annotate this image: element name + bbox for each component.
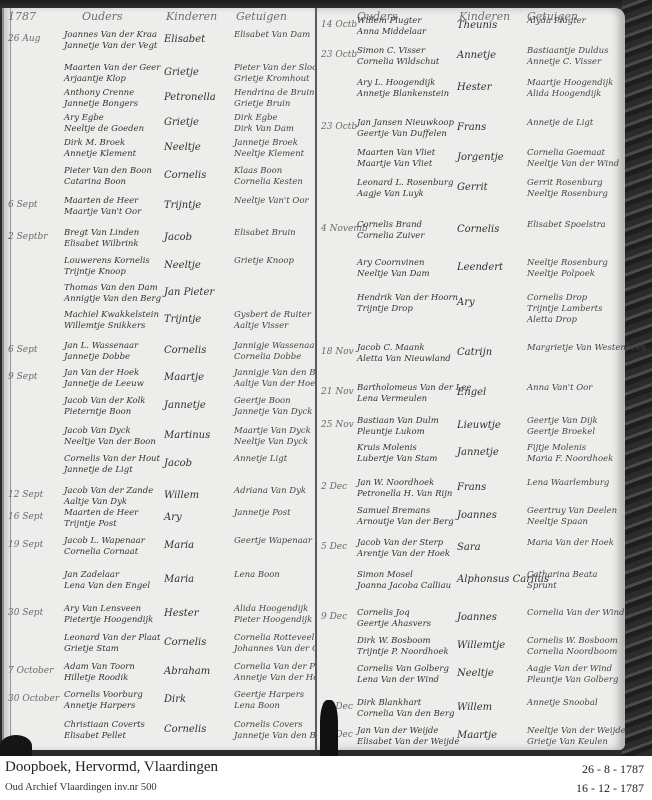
parent-name: Machiel Kwakkelstein <box>64 310 159 321</box>
parent-name: Willem Plugter <box>357 16 426 27</box>
entry-witnesses: Elisabet Van Dam <box>234 30 310 41</box>
parent-name: Simon Mosel <box>357 570 451 581</box>
child-name: Grietje <box>164 67 199 78</box>
entry-parents: Hendrik Van der HoornTrijntje Drop <box>357 293 458 315</box>
baptism-entry: 26 AugJoannes Van der KraaJannetje Van d… <box>4 30 315 60</box>
date-start: 26 - 8 - 1787 <box>582 762 644 777</box>
entry-witnesses: Geertje Van DijkGeertje Broekel <box>527 416 598 438</box>
baptism-entry: 6 SeptMaarten de HeerMaartje Van't OorTr… <box>4 196 315 226</box>
witness-name: Neeltje Polpoek <box>527 269 608 280</box>
parent-name: Bregt Van Linden <box>64 228 139 239</box>
parent-name: Pietertje Hoogendijk <box>64 615 153 626</box>
entry-parents: Kruis MolenisLubertje Van Stam <box>357 443 437 465</box>
parent-name: Elisabet Pellet <box>64 731 145 742</box>
witness-name: Annetje Snoobal <box>527 698 598 709</box>
parent-name: Maarten Van der Geer <box>64 63 160 74</box>
parent-name: Maarten de Heer <box>64 508 138 519</box>
baptism-entry: Ary CoornvinenNeeltje Van DamLeendertNee… <box>317 258 625 288</box>
entry-date: 9 Sept <box>8 372 37 382</box>
baptism-entry: Simon MoselJoanna Jacoba CalliauAlphonsu… <box>317 570 625 600</box>
witness-name: Alida Hoogendijk <box>527 89 613 100</box>
witness-name: Pieter Hoogendijk <box>234 615 312 626</box>
child-name: Ary <box>164 512 182 523</box>
witness-name: Fijtje Molenis <box>527 443 613 454</box>
witness-name: Neeltje Van der Wind <box>527 159 619 170</box>
baptism-entry: Jan ZadelaarLena Van den EngelMariaLena … <box>4 570 315 600</box>
parent-name: Cornelis Van der Hout <box>64 454 160 465</box>
header-witnesses: Getuigen <box>236 10 287 23</box>
child-name: Willem <box>457 702 492 713</box>
baptism-entry: 16 DecJan Van der WeijdeElisabet Van der… <box>317 726 625 756</box>
baptism-entry: Dirk W. BosboomTrijntje P. NoordhoekWill… <box>317 636 625 666</box>
parent-name: Cornelis Van Golberg <box>357 664 449 675</box>
child-name: Maria <box>164 574 194 585</box>
entry-parents: Thomas Van den DamAnnigtje Van den Berg <box>64 283 161 305</box>
entry-witnesses: Pieter Van der SloosGrietje Kromhout <box>234 63 322 85</box>
entry-witnesses: Cornelia Van der Wind <box>527 608 624 619</box>
entry-parents: Ary CoornvinenNeeltje Van Dam <box>357 258 430 280</box>
child-name: Cornelis <box>457 224 499 235</box>
entry-witnesses: Maartje HoogendijkAlida Hoogendijk <box>527 78 613 100</box>
parent-name: Jan Jansen Nieuwkoop <box>357 118 454 129</box>
entry-parents: Jan Van der HoekJannetje de Leeuw <box>64 368 144 390</box>
entry-witnesses: Gysbert de RuiterAaltje Visser <box>234 310 311 332</box>
entry-witnesses: Adriana Van Dyk <box>234 486 306 497</box>
parent-name: Elisabet Wilbrink <box>64 239 139 250</box>
entry-witnesses: Gerrit RosenburgNeeltje Rosenburg <box>527 178 608 200</box>
entry-parents: Cornelis BrandCornelia Zuiver <box>357 220 424 242</box>
entry-parents: Jan Jansen NieuwkoopGeertje Van Duffelen <box>357 118 454 140</box>
parent-name: Simon C. Visser <box>357 46 439 57</box>
child-name: Hester <box>457 82 492 93</box>
parent-name: Jacob L. Wapenaar <box>64 536 145 547</box>
witness-name: Maartje Hoogendijk <box>527 78 613 89</box>
child-name: Martinus <box>164 430 210 441</box>
parent-name: Joanna Jacoba Calliau <box>357 581 451 592</box>
parent-name: Dirk W. Bosboom <box>357 636 449 647</box>
entry-witnesses: Lena Waarlemburg <box>527 478 609 489</box>
entry-witnesses: Neeltje Van der WeijdeGrietje Van Keulen <box>527 726 626 748</box>
baptism-entry: 18 NovJacob C. MaankAletta Van Nieuwland… <box>317 343 625 373</box>
entry-witnesses: Elisabet Spoelstra <box>527 220 606 231</box>
witness-name: Lena Boon <box>234 701 304 712</box>
parent-name: Jan Van der Hoek <box>64 368 144 379</box>
child-name: Jan Pieter <box>164 287 214 298</box>
witness-name: Annetje Ligt <box>234 454 287 465</box>
entry-date: 6 Sept <box>8 345 37 355</box>
child-name: Cornelis <box>164 345 206 356</box>
witness-name: Sprunt <box>527 581 597 592</box>
witness-name: Dirk Van Dam <box>234 124 294 135</box>
entry-parents: Cornelis VoorburgAnnetje Harpers <box>64 690 143 712</box>
parent-name: Arnoutje Van der Berg <box>357 517 454 528</box>
witness-name: Cornelis W. Bosboom <box>527 636 618 647</box>
parent-name: Jacob C. Maank <box>357 343 451 354</box>
entry-parents: Samuel BremansArnoutje Van der Berg <box>357 506 454 528</box>
child-name: Maria <box>164 540 194 551</box>
witness-name: Bastiaantje Duldus <box>527 46 609 57</box>
child-name: Maartje <box>457 730 497 741</box>
child-name: Neeltje <box>164 260 201 271</box>
witness-name: Aletta Drop <box>527 315 602 326</box>
entry-parents: Maarten de HeerMaartje Van't Oor <box>64 196 141 218</box>
entry-parents: Louwerens KornelisTrijntje Knoop <box>64 256 150 278</box>
witness-name: Geertje Boon <box>234 396 312 407</box>
witness-name: Aagje Van der Wind <box>527 664 618 675</box>
parent-name: Annetje Klement <box>64 149 136 160</box>
child-name: Cornelis <box>164 637 206 648</box>
year-label: 1787 <box>8 10 36 23</box>
parent-name: Trijntje P. Noordhoek <box>357 647 449 658</box>
entry-date: 7 October <box>8 666 53 676</box>
parent-name: Jacob Van der Kolk <box>64 396 145 407</box>
witness-name: Annetje Van der Hout <box>234 673 327 684</box>
entry-date: 18 Nov <box>321 347 354 357</box>
parent-name: Geertje Van Duffelen <box>357 129 454 140</box>
child-name: Trijntje <box>164 314 201 325</box>
witness-name: Maartje Van Dyck <box>234 426 311 437</box>
parent-name: Cornelis Brand <box>357 220 424 231</box>
parent-name: Ary Coornvinen <box>357 258 430 269</box>
witness-name: Cornelia Kesten <box>234 177 303 188</box>
entry-witnesses: Geertje BoonJannetje Van Dyck <box>234 396 312 418</box>
baptism-entry: 5 DecJacob Van der SterpArentje Van der … <box>317 538 625 568</box>
entry-witnesses: Elisabet Bruin <box>234 228 296 239</box>
child-name: Joannes <box>457 510 497 521</box>
child-name: Engel <box>457 387 486 398</box>
witness-name: Lena Boon <box>234 570 280 581</box>
child-name: Jannetje <box>457 447 499 458</box>
parent-name: Jannetje Dobbe <box>64 352 138 363</box>
baptism-entry: Machiel KwakkelsteinWillemtje SnikkersTr… <box>4 310 315 340</box>
entry-witnesses: Neeltje Van't Oor <box>234 196 309 207</box>
header-children: Kinderen <box>166 10 217 23</box>
entry-parents: Jacob L. WapenaarCornelia Cornaat <box>64 536 145 558</box>
witness-name: Cornelia Dobbe <box>234 352 318 363</box>
entry-witnesses: Geertje Wapenaar <box>234 536 312 547</box>
entry-parents: Jan Van der WeijdeElisabet Van der Weijd… <box>357 726 459 748</box>
baptism-entry: Jacob Van DyckNeeltje Van der BoonMartin… <box>4 426 315 456</box>
parent-name: Ary Egbe <box>64 113 144 124</box>
entry-witnesses: Geertje HarpersLena Boon <box>234 690 304 712</box>
child-name: Leendert <box>457 262 503 273</box>
baptism-entry: 19 SeptJacob L. WapenaarCornelia Cornaat… <box>4 536 315 566</box>
baptism-entry: Dirk M. BroekAnnetje KlementNeeltjeJanne… <box>4 138 315 168</box>
entry-witnesses: Annetje de Ligt <box>527 118 593 129</box>
witness-name: Cornelia Goemaat <box>527 148 619 159</box>
parent-name: Aaltje Van Dyk <box>64 497 153 508</box>
witness-name: Dirk Egbe <box>234 113 294 124</box>
parent-name: Ary Van Lensveen <box>64 604 153 615</box>
witness-name: Neeltje Van Dyck <box>234 437 311 448</box>
baptism-entry: 30 OctoberCornelis VoorburgAnnetje Harpe… <box>4 690 315 720</box>
witness-name: Geertje Wapenaar <box>234 536 312 547</box>
entry-parents: Ary Van LensveenPietertje Hoogendijk <box>64 604 153 626</box>
witness-name: Elisabet Van Dam <box>234 30 310 41</box>
entry-witnesses: Margrietje Van Westenbeek <box>527 343 646 354</box>
child-name: Jacob <box>164 232 192 243</box>
entry-parents: Jacob C. MaankAletta Van Nieuwland <box>357 343 451 365</box>
entry-date: 2 Septbr <box>8 232 48 242</box>
baptism-entry: Samuel BremansArnoutje Van der BergJoann… <box>317 506 625 536</box>
child-name: Cornelis <box>164 170 206 181</box>
baptism-entry: 2 DecJan W. NoordhoekPetronella H. Van R… <box>317 478 625 508</box>
baptism-entry: Ary L. HoogendijkAnnetje BlankensteinHes… <box>317 78 625 108</box>
witness-name: Neeltje Klement <box>234 149 304 160</box>
child-name: Sara <box>457 542 481 553</box>
child-name: Jorgentje <box>457 152 504 163</box>
child-name: Willemtje <box>457 640 505 651</box>
register-title: Doopboek, Hervormd, Vlaardingen <box>5 759 218 776</box>
entry-parents: Maarten Van der GeerArjaantje Klop <box>64 63 160 85</box>
parent-name: Cornelia Wildschut <box>357 57 439 68</box>
entry-parents: Joannes Van der KraaJannetje Van der Veg… <box>64 30 157 52</box>
parent-name: Elisabet Van der Weijde <box>357 737 459 748</box>
entry-parents: Simon C. VisserCornelia Wildschut <box>357 46 439 68</box>
parent-name: Lena Van der Wind <box>357 675 449 686</box>
baptism-entry: Cornelis Van GolbergLena Van der WindNee… <box>317 664 625 694</box>
baptism-entry: 23 OctbJan Jansen NieuwkoopGeertje Van D… <box>317 118 625 148</box>
parent-name: Dirk M. Broek <box>64 138 136 149</box>
parent-name: Bartholomeus Van der Lee <box>357 383 471 394</box>
child-name: Elisabet <box>164 34 205 45</box>
parent-name: Jan L. Wassenaar <box>64 341 138 352</box>
parent-name: Adam Van Toorn <box>64 662 135 673</box>
parent-name: Aagje Van Luyk <box>357 189 453 200</box>
entry-parents: Bartholomeus Van der LeeLena Vermeulen <box>357 383 471 405</box>
entry-date: 12 Sept <box>8 490 43 500</box>
entry-parents: Pieter Van den BoonCatarina Boon <box>64 166 152 188</box>
entry-date: 2 Dec <box>321 482 347 492</box>
parent-name: Jannetje de Leeuw <box>64 379 144 390</box>
parent-name: Bastiaan Van Dulm <box>357 416 439 427</box>
baptism-entry: 9 DecCornelis JoqGeertje AhasversJoannes… <box>317 608 625 638</box>
child-name: Frans <box>457 122 486 133</box>
parent-name: Neeltje Van der Boon <box>64 437 156 448</box>
entry-parents: Jacob Van DyckNeeltje Van der Boon <box>64 426 156 448</box>
entry-parents: Anthony CrenneJannetje Bongers <box>64 88 138 110</box>
parent-name: Trijntje Post <box>64 519 138 530</box>
right-page: Ouders Kinderen Getuigen 14 OctbWillem P… <box>315 8 625 750</box>
child-name: Joannes <box>457 612 497 623</box>
entry-date: 25 Nov <box>321 420 354 430</box>
entry-witnesses: Lena Boon <box>234 570 280 581</box>
entry-parents: Cornelis JoqGeertje Ahasvers <box>357 608 431 630</box>
entry-parents: Leonard Van der PlaatGrietje Stam <box>64 633 160 655</box>
entry-parents: Cornelis Van GolbergLena Van der Wind <box>357 664 449 686</box>
child-name: Lieuwtje <box>457 420 501 431</box>
parent-name: Pieterntje Boon <box>64 407 145 418</box>
child-name: Cornelis <box>164 724 206 735</box>
entry-parents: Christiaan CovertsElisabet Pellet <box>64 720 145 742</box>
entry-witnesses: Jannetje BroekNeeltje Klement <box>234 138 304 160</box>
witness-name: Neeltje Van der Weijde <box>527 726 626 737</box>
parent-name: Lena Vermeulen <box>357 394 471 405</box>
parent-name: Cornelia Cornaat <box>64 547 145 558</box>
child-name: Jannetje <box>164 400 206 411</box>
archive-reference: Oud Archief Vlaardingen inv.nr 500 <box>5 782 157 793</box>
parent-name: Geertje Ahasvers <box>357 619 431 630</box>
parent-name: Anthony Crenne <box>64 88 138 99</box>
entry-witnesses: Jannigje WassenaarCornelia Dobbe <box>234 341 318 363</box>
witness-name: Neeltje Van't Oor <box>234 196 309 207</box>
baptism-entry: 30 SeptAry Van LensveenPietertje Hoogend… <box>4 604 315 634</box>
entry-parents: Simon MoselJoanna Jacoba Calliau <box>357 570 451 592</box>
parent-name: Annigtje Van den Berg <box>64 294 161 305</box>
parent-name: Thomas Van den Dam <box>64 283 161 294</box>
parent-name: Lena Van den Engel <box>64 581 150 592</box>
document-scan: 1787 Ouders Kinderen Getuigen 26 AugJoan… <box>0 0 652 756</box>
witness-name: Pieter Van der Sloos <box>234 63 322 74</box>
parent-name: Jan Zadelaar <box>64 570 150 581</box>
parent-name: Joannes Van der Kraa <box>64 30 157 41</box>
entry-witnesses: Fijtje MolenisMaria F. Noordhoek <box>527 443 613 465</box>
parent-name: Maartje Van Vliet <box>357 159 435 170</box>
baptism-entry: Cornelis Van der HoutJannetje de LigtJac… <box>4 454 315 484</box>
parent-name: Maartje Van't Oor <box>64 207 141 218</box>
parent-name: Leonard Van der Plaat <box>64 633 160 644</box>
entry-witnesses: Neeltje RosenburgNeeltje Polpoek <box>527 258 608 280</box>
parent-name: Jannetje Bongers <box>64 99 138 110</box>
parent-name: Kruis Molenis <box>357 443 437 454</box>
witness-name: Geertruy Van Deelen <box>527 506 617 517</box>
witness-name: Grietje Van Keulen <box>527 737 626 748</box>
parent-name: Hendrik Van der Hoorn <box>357 293 458 304</box>
witness-name: Jannigje Wassenaar <box>234 341 318 352</box>
parent-name: Jacob Van Dyck <box>64 426 156 437</box>
parent-name: Jan Van der Weijde <box>357 726 459 737</box>
child-name: Maartje <box>164 372 204 383</box>
witness-name: Neeltje Spaan <box>527 517 617 528</box>
parent-name: Aletta Van Nieuwland <box>357 354 451 365</box>
witness-name: Geertje Harpers <box>234 690 304 701</box>
parent-name: Anna Middelaar <box>357 27 426 38</box>
baptism-entry: Jacob Van der KolkPieterntje BoonJannetj… <box>4 396 315 426</box>
parent-name: Jannetje de Ligt <box>64 465 160 476</box>
caption-bar: Doopboek, Hervormd, Vlaardingen Oud Arch… <box>0 756 652 800</box>
baptism-entry: Leonard Van der PlaatGrietje StamCorneli… <box>4 633 315 663</box>
witness-name: Adriana Van Dyk <box>234 486 306 497</box>
entry-witnesses: Jannetje Post <box>234 508 291 519</box>
entry-date: 19 Sept <box>8 540 43 550</box>
witness-name: Anna Van't Oor <box>527 383 592 394</box>
baptism-entry: 9 SeptJan Van der HoekJannetje de LeeuwM… <box>4 368 315 398</box>
parent-name: Cornelia Zuiver <box>357 231 424 242</box>
entry-date: 23 Octb <box>321 122 357 132</box>
baptism-entry: Maarten Van VlietMaartje Van VlietJorgen… <box>317 148 625 178</box>
parent-name: Maarten Van Vliet <box>357 148 435 159</box>
child-name: Annetje <box>457 50 496 61</box>
child-name: Catrijn <box>457 347 492 358</box>
entry-parents: Jacob Van der KolkPieterntje Boon <box>64 396 145 418</box>
entry-witnesses: Alida HoogendijkPieter Hoogendijk <box>234 604 312 626</box>
entry-parents: Leonard L. RosenburgAagje Van Luyk <box>357 178 453 200</box>
baptism-entry: 16 SeptMaarten de HeerTrijntje PostAryJa… <box>4 508 315 538</box>
entry-parents: Ary L. HoogendijkAnnetje Blankenstein <box>357 78 449 100</box>
baptism-entry: 6 SeptJan L. WassenaarJannetje DobbeCorn… <box>4 341 315 371</box>
witness-name: Cornelia Van der Wind <box>527 608 624 619</box>
baptism-entry: Pieter Van den BoonCatarina BoonCornelis… <box>4 166 315 196</box>
witness-name: Gerrit Rosenburg <box>527 178 608 189</box>
entry-witnesses: Geertruy Van DeelenNeeltje Spaan <box>527 506 617 528</box>
entry-witnesses: Aagje Van der WindPleuntje Van Golberg <box>527 664 618 686</box>
entry-date: 21 Nov <box>321 387 354 397</box>
parent-name: Annetje Harpers <box>64 701 143 712</box>
parent-name: Louwerens Kornelis <box>64 256 150 267</box>
parent-name: Arjaantje Klop <box>64 74 160 85</box>
entry-witnesses: Hendrina de BruinGrietje Bruin <box>234 88 315 110</box>
parent-name: Pieter Van den Boon <box>64 166 152 177</box>
witness-name: Cornelis Drop <box>527 293 602 304</box>
witness-name: Aaltje Visser <box>234 321 311 332</box>
witness-name: Elisabet Spoelstra <box>527 220 606 231</box>
entry-date: 26 Aug <box>8 34 40 44</box>
entry-witnesses: Catharina BeataSprunt <box>527 570 597 592</box>
baptism-entry: Louwerens KornelisTrijntje KnoopNeeltjeG… <box>4 256 315 286</box>
baptism-entry: 7 OctoberAdam Van ToornHilletje RoodikAb… <box>4 662 315 692</box>
parent-name: Pleuntje Lukom <box>357 427 439 438</box>
baptism-entry: Kruis MolenisLubertje Van StamJannetjeFi… <box>317 443 625 473</box>
entry-parents: Bregt Van LindenElisabet Wilbrink <box>64 228 139 250</box>
entry-witnesses: Cornelia Van der PoelAnnetje Van der Hou… <box>234 662 327 684</box>
parent-name: Hilletje Roodik <box>64 673 135 684</box>
parent-name: Jannetje Van der Vegt <box>64 41 157 52</box>
witness-name: Alida Hoogendijk <box>234 604 312 615</box>
witness-name: Klaas Boon <box>234 166 303 177</box>
witness-name: Catharina Beata <box>527 570 597 581</box>
entry-parents: Machiel KwakkelsteinWillemtje Snikkers <box>64 310 159 332</box>
witness-name: Elisabet Bruin <box>234 228 296 239</box>
witness-name: Jannetje Broek <box>234 138 304 149</box>
witness-name: Maria F. Noordhoek <box>527 454 613 465</box>
page-corner-shadow <box>0 735 32 756</box>
witness-name: Grietje Bruin <box>234 99 315 110</box>
witness-name: Grietje Kromhout <box>234 74 322 85</box>
witness-name: Jannetje Van Dyck <box>234 407 312 418</box>
entry-parents: Dirk M. BroekAnnetje Klement <box>64 138 136 160</box>
parent-name: Samuel Bremans <box>357 506 454 517</box>
entry-witnesses: Anna Van't Oor <box>527 383 592 394</box>
child-name: Ary <box>457 297 475 308</box>
baptism-entry: 14 OctbWillem PlugterAnna MiddelaarTheun… <box>317 16 625 46</box>
baptism-entry: Christiaan CovertsElisabet PelletCorneli… <box>4 720 315 750</box>
entry-witnesses: Klaas BoonCornelia Kesten <box>234 166 303 188</box>
entry-date: 9 Dec <box>321 612 347 622</box>
witness-name: Annetje de Ligt <box>527 118 593 129</box>
entry-witnesses: Grietje Knoop <box>234 256 294 267</box>
witness-name: Cornelia Van der Poel <box>234 662 327 673</box>
entry-parents: Dirk BlankhartCornelia Van den Berg <box>357 698 454 720</box>
witness-name: Jannetje Post <box>234 508 291 519</box>
entry-witnesses: Annetje Snoobal <box>527 698 598 709</box>
entry-parents: Jan W. NoordhoekPetronella H. Van Rijn <box>357 478 452 500</box>
parent-name: Cornelis Voorburg <box>64 690 143 701</box>
baptism-entry: 25 NovBastiaan Van DulmPleuntje LukomLie… <box>317 416 625 446</box>
entry-parents: Jan L. WassenaarJannetje Dobbe <box>64 341 138 363</box>
parent-name: Dirk Blankhart <box>357 698 454 709</box>
parent-name: Christiaan Coverts <box>64 720 145 731</box>
witness-name: Annetje C. Visser <box>527 57 609 68</box>
entry-witnesses: Cornelis DropTrijntje LambertsAletta Dro… <box>527 293 602 326</box>
parent-name: Trijntje Drop <box>357 304 458 315</box>
entry-witnesses: Annetje Ligt <box>234 454 287 465</box>
parent-name: Cornelia Van den Berg <box>357 709 454 720</box>
entry-date: 6 Sept <box>8 200 37 210</box>
parent-name: Leonard L. Rosenburg <box>357 178 453 189</box>
header-parents: Ouders <box>82 10 123 23</box>
witness-name: Geertje Van Dijk <box>527 416 598 427</box>
child-name: Abraham <box>164 666 210 677</box>
